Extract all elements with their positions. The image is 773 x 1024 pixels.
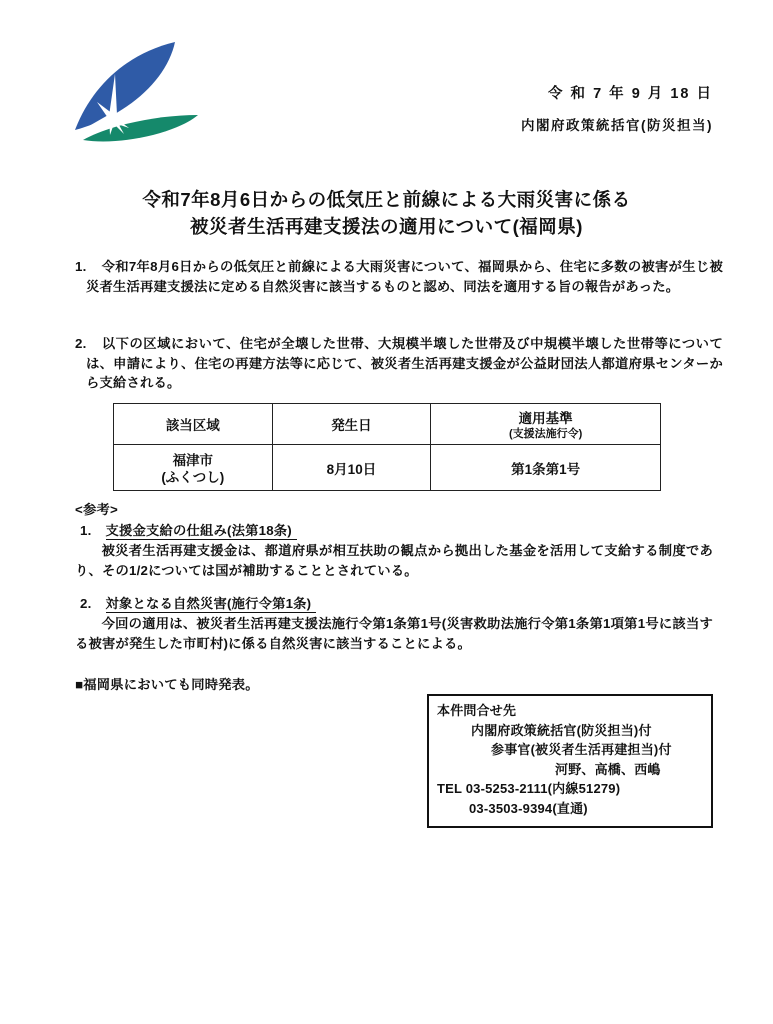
cell-date: 8月10日: [272, 445, 431, 491]
table-header-criteria-sub: (支援法施行令): [431, 428, 660, 441]
paragraph-2-number: 2.: [75, 336, 87, 351]
simultaneous-release-note: ■福岡県においても同時発表。: [75, 674, 259, 693]
application-table: 該当区域 発生日 適用基準 (支援法施行令) 福津市 (ふくつし) 8月10日 …: [113, 403, 661, 491]
reference-item2-title: 対象となる自然災害(施行令第1条): [106, 596, 317, 613]
reference-item2-heading: 2.対象となる自然災害(施行令第1条): [80, 594, 713, 614]
cell-criteria: 第1条第1号: [431, 445, 661, 491]
contact-box: 本件問合せ先 内閣府政策統括官(防災担当)付 参事官(被災者生活再建担当)付 河…: [427, 694, 713, 828]
reference-label: <参考>: [75, 500, 713, 520]
document-date: 令 和 7 年 9 月 18 日: [521, 82, 713, 103]
header-block: 令 和 7 年 9 月 18 日 内閣府政策統括官(防災担当): [521, 82, 713, 134]
reference-item1-heading: 1.支援金支給の仕組み(法第18条): [80, 521, 713, 541]
reference-item1-number: 1.: [80, 523, 92, 538]
page-title: 令和7年8月6日からの低気圧と前線による大雨災害に係る 被災者生活再建支援法の適…: [0, 186, 773, 240]
table-header-row: 該当区域 発生日 適用基準 (支援法施行令): [114, 404, 661, 445]
cell-area-kana: (ふくつし): [114, 469, 272, 486]
table-header-criteria-main: 適用基準: [519, 411, 573, 426]
issuing-office: 内閣府政策統括官(防災担当): [521, 114, 713, 134]
table-header-date: 発生日: [272, 404, 431, 445]
cabinet-office-logo-icon: [65, 30, 205, 160]
title-line2: 被災者生活再建支援法の適用について(福岡県): [0, 213, 773, 240]
cell-area: 福津市 (ふくつし): [114, 445, 273, 491]
table-header-criteria: 適用基準 (支援法施行令): [431, 404, 661, 445]
paragraph-1: 1.令和7年8月6日からの低気圧と前線による大雨災害について、福岡県から、住宅に…: [75, 257, 723, 296]
cell-area-name: 福津市: [114, 452, 272, 469]
document-page: 令 和 7 年 9 月 18 日 内閣府政策統括官(防災担当) 令和7年8月6日…: [0, 0, 773, 1024]
paragraph-2: 2.以下の区域において、住宅が全壊した世帯、大規模半壊した世帯及び中規模半壊した…: [75, 334, 723, 393]
reference-item1-body: 被災者生活再建支援金は、都道府県が相互扶助の観点から拠出した基金を活用して支給す…: [75, 541, 713, 581]
paragraph-1-text: 令和7年8月6日からの低気圧と前線による大雨災害について、福岡県から、住宅に多数…: [86, 259, 723, 294]
reference-item1-title: 支援金支給の仕組み(法第18条): [106, 523, 297, 540]
contact-phone-2: 03-3503-9394(直通): [437, 799, 704, 819]
contact-phone-1: TEL 03-5253-2111(内線51279): [437, 779, 704, 799]
reference-item2-body: 今回の適用は、被災者生活再建支援法施行令第1条第1号(災害救助法施行令第1条第1…: [75, 614, 713, 654]
reference-section: <参考> 1.支援金支給の仕組み(法第18条) 被災者生活再建支援金は、都道府県…: [75, 500, 713, 654]
paragraph-2-text: 以下の区域において、住宅が全壊した世帯、大規模半壊した世帯及び中規模半壊した世帯…: [86, 336, 723, 390]
paragraph-1-number: 1.: [75, 259, 87, 274]
table-header-area: 該当区域: [114, 404, 273, 445]
title-line1: 令和7年8月6日からの低気圧と前線による大雨災害に係る: [0, 186, 773, 213]
contact-persons: 河野、高橋、西嶋: [437, 760, 704, 780]
contact-office-line2: 参事官(被災者生活再建担当)付: [437, 740, 704, 760]
table-row: 福津市 (ふくつし) 8月10日 第1条第1号: [114, 445, 661, 491]
reference-item2-number: 2.: [80, 596, 92, 611]
contact-office-line1: 内閣府政策統括官(防災担当)付: [437, 721, 704, 741]
contact-title: 本件問合せ先: [437, 701, 704, 721]
